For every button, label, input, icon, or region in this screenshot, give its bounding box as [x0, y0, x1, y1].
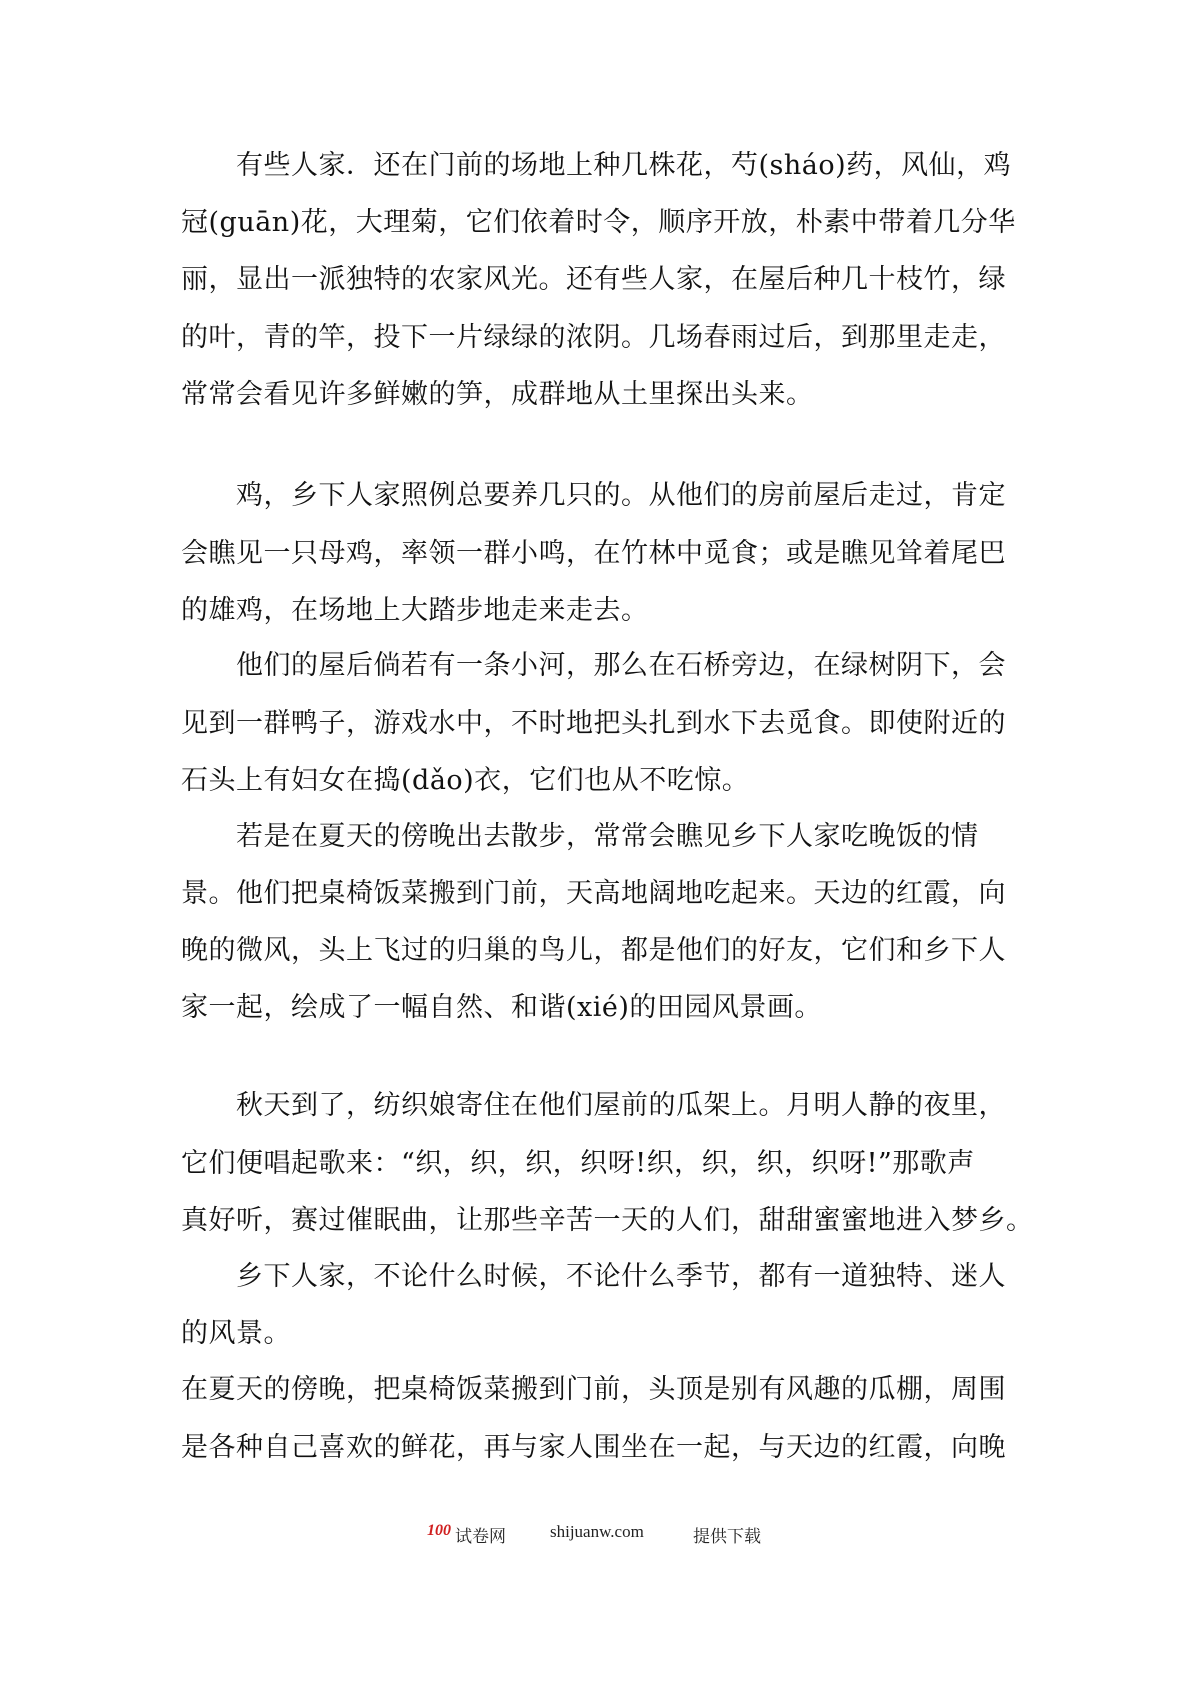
text-line: 见到一群鸭子，游戏水中，不时地把头扎到水下去觅食。即使附近的 [181, 704, 1006, 744]
text-line: 秋天到了，纺织娘寄住在他们屋前的瓜架上。月明人静的夜里， [181, 1086, 1006, 1126]
text-line: 丽，显出一派独特的农家风光。还有些人家，在屋后种几十枝竹，绿 [181, 260, 1006, 300]
text-line: 常常会看见许多鲜嫩的笋，成群地从土里探出头来。 [181, 375, 814, 415]
text-line: 是各种自己喜欢的鲜花，再与家人围坐在一起，与天边的红霞，向晚 [181, 1428, 1006, 1468]
text-line: 的风景。 [181, 1314, 291, 1354]
text-line: 若是在夏天的傍晚出去散步，常常会瞧见乡下人家吃晚饭的情 [181, 817, 979, 857]
logo-icon: 100 [427, 1522, 451, 1540]
text-line: 的雄鸡，在场地上大踏步地走来走去。 [181, 591, 649, 631]
text-line: 石头上有妇女在捣(dǎo)衣，它们也从不吃惊。 [181, 761, 749, 801]
text-line: 景。他们把桌椅饭菜搬到门前，天高地阔地吃起来。天边的红霞，向 [181, 874, 1006, 914]
text-line: 晚的微风，头上飞过的归巢的鸟儿，都是他们的好友，它们和乡下人 [181, 931, 1006, 971]
text-line: 的叶，青的竿，投下一片绿绿的浓阴。几场春雨过后，到那里走走， [181, 318, 1006, 358]
text-line: 家一起，绘成了一幅自然、和谐(xié)的田园风景画。 [181, 988, 822, 1028]
footer-download-text: 提供下载 [693, 1522, 761, 1547]
text-line: 有些人家．还在门前的场地上种几株花，芍(sháo)药，风仙，鸡 [181, 146, 1011, 186]
text-line: 他们的屋后倘若有一条小河，那么在石桥旁边，在绿树阴下，会 [181, 646, 1006, 686]
text-line: 它们便唱起歌来：“织，织，织，织呀!织，织，织，织呀!”那歌声 [181, 1144, 975, 1184]
text-line: 真好听，赛过催眠曲，让那些辛苦一天的人们，甜甜蜜蜜地进入梦乡。 [181, 1201, 1034, 1241]
footer-brand: 试卷网 [455, 1522, 506, 1547]
text-line: 在夏天的傍晚，把桌椅饭菜搬到门前，头顶是别有风趣的瓜棚，周围 [181, 1370, 1006, 1410]
text-line: 冠(guān)花，大理菊，它们依着时令，顺序开放，朴素中带着几分华 [181, 203, 1016, 243]
footer-site-link[interactable]: shijuanw.com [550, 1522, 644, 1542]
text-line: 会瞧见一只母鸡，率领一群小鸣，在竹林中觅食；或是瞧见耸着尾巴 [181, 534, 1006, 574]
text-line: 乡下人家，不论什么时候，不论什么季节，都有一道独特、迷人 [181, 1257, 1006, 1297]
text-line: 鸡，乡下人家照例总要养几只的。从他们的房前屋后走过，肯定 [181, 476, 1006, 516]
